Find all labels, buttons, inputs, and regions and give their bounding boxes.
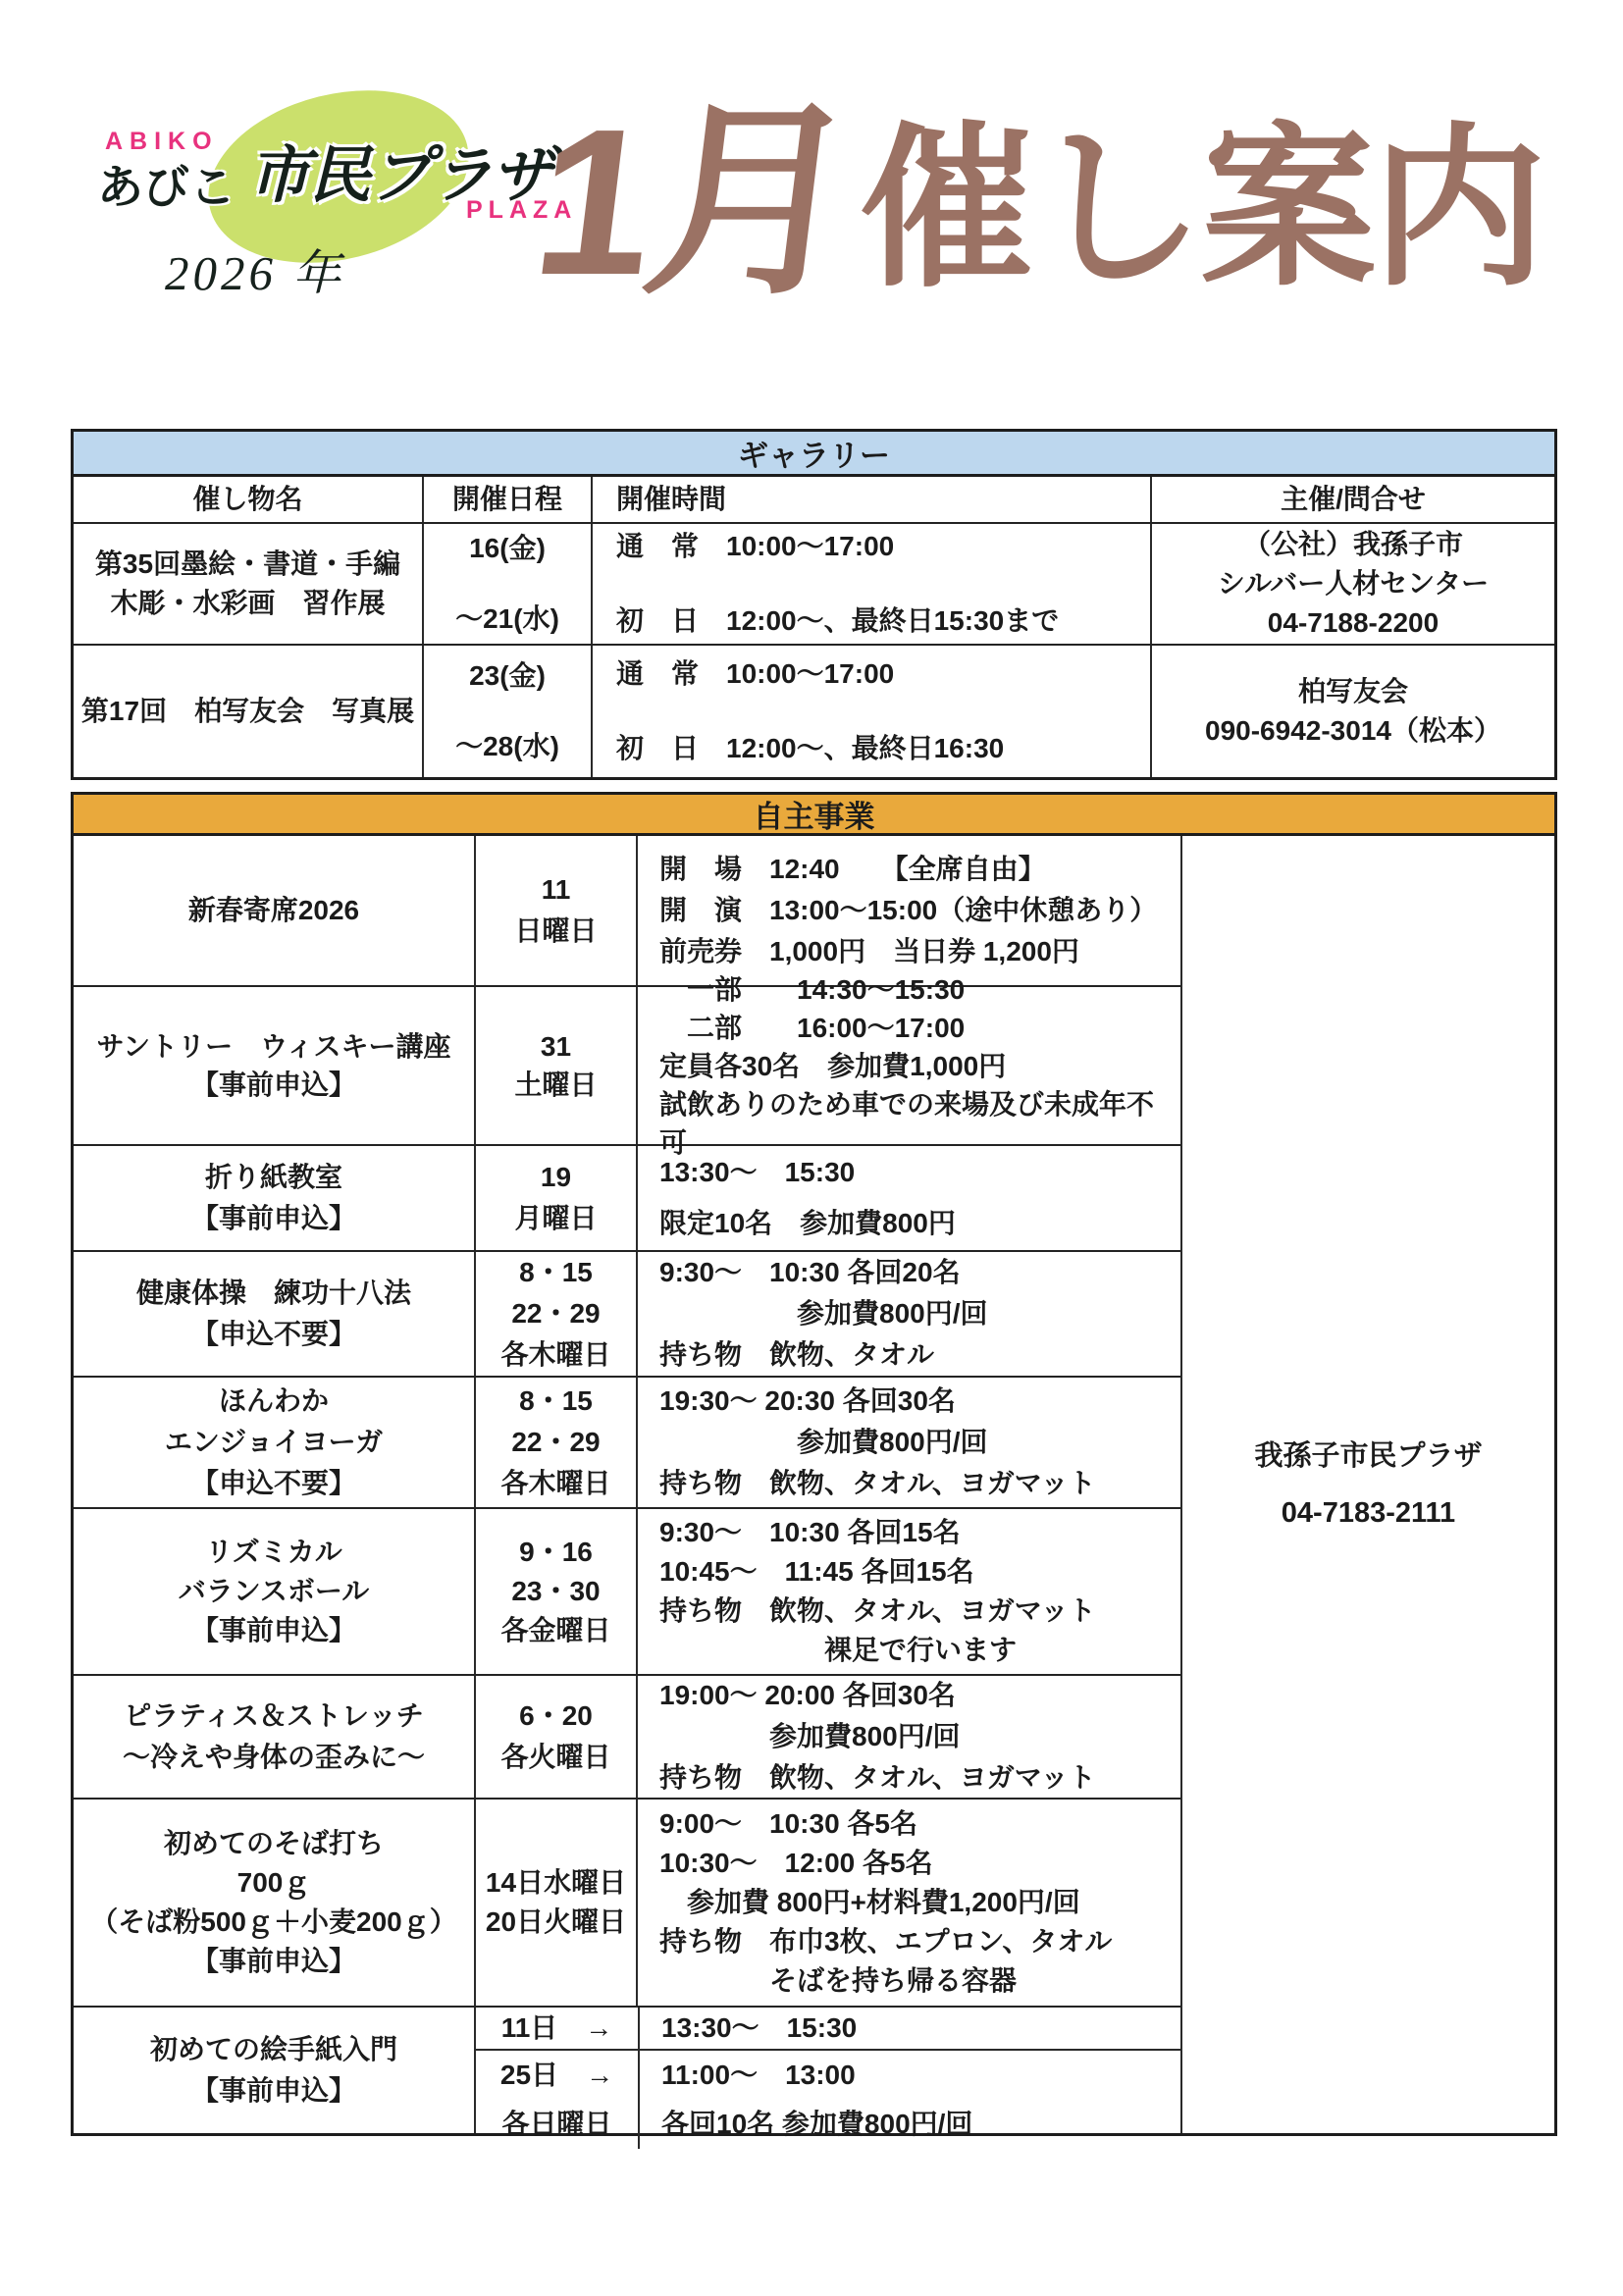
jishu-row: サントリー ウィスキー講座 【事前申込】 31 土曜日 一部 14:30～15:… [74, 985, 1180, 1144]
header-times: 開催時間 [591, 477, 1150, 522]
date-cell: 19 月曜日 [474, 1146, 636, 1250]
gallery-title-bar: ギャラリー [74, 432, 1554, 477]
event-name-cell: 新春寄席2026 [74, 836, 474, 985]
jishu-row: 初めてのそば打ち 700ｇ （そば粉500ｇ＋小麦200ｇ） 【事前申込】 14… [74, 1798, 1180, 2006]
event-name-cell: 第17回 柏写友会 写真展 [74, 646, 422, 777]
time-cell: 13:30～ 15:30 限定10名 参加費800円 [636, 1146, 1180, 1250]
event-name-cell: ピラティス＆ストレッチ ～冷えや身体の歪みに～ [74, 1676, 474, 1798]
jishu-rows: 新春寄席2026 11 日曜日 開 場 12:40 【全席自由】 開 演 13:… [74, 836, 1180, 2133]
jishu-contact-cell: 我孫子市民プラザ 04-7183-2111 [1180, 836, 1554, 2133]
contact-cell: （公社）我孫子市 シルバー人材センター 04-7188-2200 [1150, 524, 1554, 644]
event-name-cell: 折り紙教室 【事前申込】 [74, 1146, 474, 1250]
etegami-subrow-1: 11日 → 13:30～ 15:30 [476, 2008, 1180, 2051]
etegami-subrow-2: 25日 → 各日曜日 11:00～ 13:00 各回10名 参加費800円/回 [476, 2051, 1180, 2149]
jishu-title-bar: 自主事業 [74, 795, 1554, 836]
gallery-row: 第35回墨絵・書道・手編 木彫・水彩画 習作展 16(金) ～21(水) 通 常… [74, 522, 1554, 644]
etegami-subrows: 11日 → 13:30～ 15:30 25日 → 各日曜日 11:00～ 13:… [474, 2008, 1180, 2133]
time-cell: 9:30～ 10:30 各回20名 参加費800円/回 持ち物 飲物、タオル [636, 1252, 1180, 1376]
event-name-cell: リズミカル バランスボール 【事前申込】 [74, 1509, 474, 1674]
date-cell: 25日 → 各日曜日 [476, 2051, 638, 2149]
event-name-cell: 初めての絵手紙入門 【事前申込】 [74, 2008, 474, 2133]
date-cell: 11 日曜日 [474, 836, 636, 985]
gallery-row: 第17回 柏写友会 写真展 23(金) ～28(水) 通 常 10:00～17:… [74, 644, 1554, 777]
page: ABIKO あびこ 市民プラザ PLAZA 2026 年 1月 催し案内 ギャラ… [0, 0, 1623, 2296]
header-event-name: 催し物名 [74, 477, 422, 522]
header-contact: 主催/問合せ [1150, 477, 1554, 522]
time-cell: 一部 14:30～15:30 二部 16:00～17:00 定員各30名 参加費… [636, 987, 1180, 1144]
title-rest: 催し案内 [860, 114, 1543, 306]
jishu-row: ピラティス＆ストレッチ ～冷えや身体の歪みに～ 6・20 各火曜日 19:00～… [74, 1674, 1180, 1798]
title-month: 1月 [525, 98, 863, 306]
jishu-row: ほんわか エンジョイヨーガ 【申込不要】 8・15 22・29 各木曜日 19:… [74, 1376, 1180, 1507]
event-name-cell: サントリー ウィスキー講座 【事前申込】 [74, 987, 474, 1144]
contact-cell: 柏写友会 090-6942-3014（松本） [1150, 646, 1554, 777]
time-cell: 9:00～ 10:30 各5名 10:30～ 12:00 各5名 参加費 800… [636, 1800, 1180, 2006]
time-cell: 19:30～ 20:30 各回30名 参加費800円/回 持ち物 飲物、タオル、… [636, 1378, 1180, 1507]
jishu-row: 新春寄席2026 11 日曜日 開 場 12:40 【全席自由】 開 演 13:… [74, 836, 1180, 985]
date-cell: 8・15 22・29 各木曜日 [474, 1378, 636, 1507]
jishu-row: 折り紙教室 【事前申込】 19 月曜日 13:30～ 15:30 限定10名 参… [74, 1144, 1180, 1250]
date-cell: 6・20 各火曜日 [474, 1676, 636, 1798]
jishu-row: リズミカル バランスボール 【事前申込】 9・16 23・30 各金曜日 9:3… [74, 1507, 1180, 1674]
time-cell: 通 常 10:00～17:00 初 日 12:00～、最終日16:30 [591, 646, 1150, 777]
date-cell: 8・15 22・29 各木曜日 [474, 1252, 636, 1376]
time-cell: 9:30～ 10:30 各回15名 10:45～ 11:45 各回15名 持ち物… [636, 1509, 1180, 1674]
jishu-body: 新春寄席2026 11 日曜日 開 場 12:40 【全席自由】 開 演 13:… [74, 836, 1554, 2133]
jishu-row-etegami: 初めての絵手紙入門 【事前申込】 11日 → 13:30～ 15:30 25日 … [74, 2006, 1180, 2133]
gallery-header-row: 催し物名 開催日程 開催時間 主催/問合せ [74, 477, 1554, 522]
header-dates: 開催日程 [422, 477, 591, 522]
date-cell: 9・16 23・30 各金曜日 [474, 1509, 636, 1674]
time-cell: 11:00～ 13:00 各回10名 参加費800円/回 [638, 2051, 1180, 2149]
date-cell: 14日水曜日 20日火曜日 [474, 1800, 636, 2006]
logo-abiko-jp: あびこ [97, 151, 236, 217]
date-cell: 16(金) ～21(水) [422, 524, 591, 644]
time-cell: 19:00～ 20:00 各回30名 参加費800円/回 持ち物 飲物、タオル、… [636, 1676, 1180, 1798]
event-name-cell: 初めてのそば打ち 700ｇ （そば粉500ｇ＋小麦200ｇ） 【事前申込】 [74, 1800, 474, 2006]
event-name-cell: 健康体操 練功十八法 【申込不要】 [74, 1252, 474, 1376]
time-cell: 開 場 12:40 【全席自由】 開 演 13:00～15:00（途中休憩あり）… [636, 836, 1180, 985]
event-name-cell: ほんわか エンジョイヨーガ 【申込不要】 [74, 1378, 474, 1507]
time-cell: 通 常 10:00～17:00 初 日 12:00～、最終日15:30まで [591, 524, 1150, 644]
jishu-row: 健康体操 練功十八法 【申込不要】 8・15 22・29 各木曜日 9:30～ … [74, 1250, 1180, 1376]
gallery-table: ギャラリー 催し物名 開催日程 開催時間 主催/問合せ 第35回墨絵・書道・手編… [71, 429, 1557, 780]
date-cell: 11日 → [476, 2008, 638, 2049]
page-title: 1月 催し案内 [538, 71, 1543, 306]
date-cell: 23(金) ～28(水) [422, 646, 591, 777]
time-cell: 13:30～ 15:30 [638, 2008, 1180, 2049]
date-cell: 31 土曜日 [474, 987, 636, 1144]
jishu-table: 自主事業 新春寄席2026 11 日曜日 開 場 12:40 【全席自由】 開 … [71, 792, 1557, 2136]
event-name-cell: 第35回墨絵・書道・手編 木彫・水彩画 習作展 [74, 524, 422, 644]
year-label: 2026 年 [165, 235, 344, 304]
